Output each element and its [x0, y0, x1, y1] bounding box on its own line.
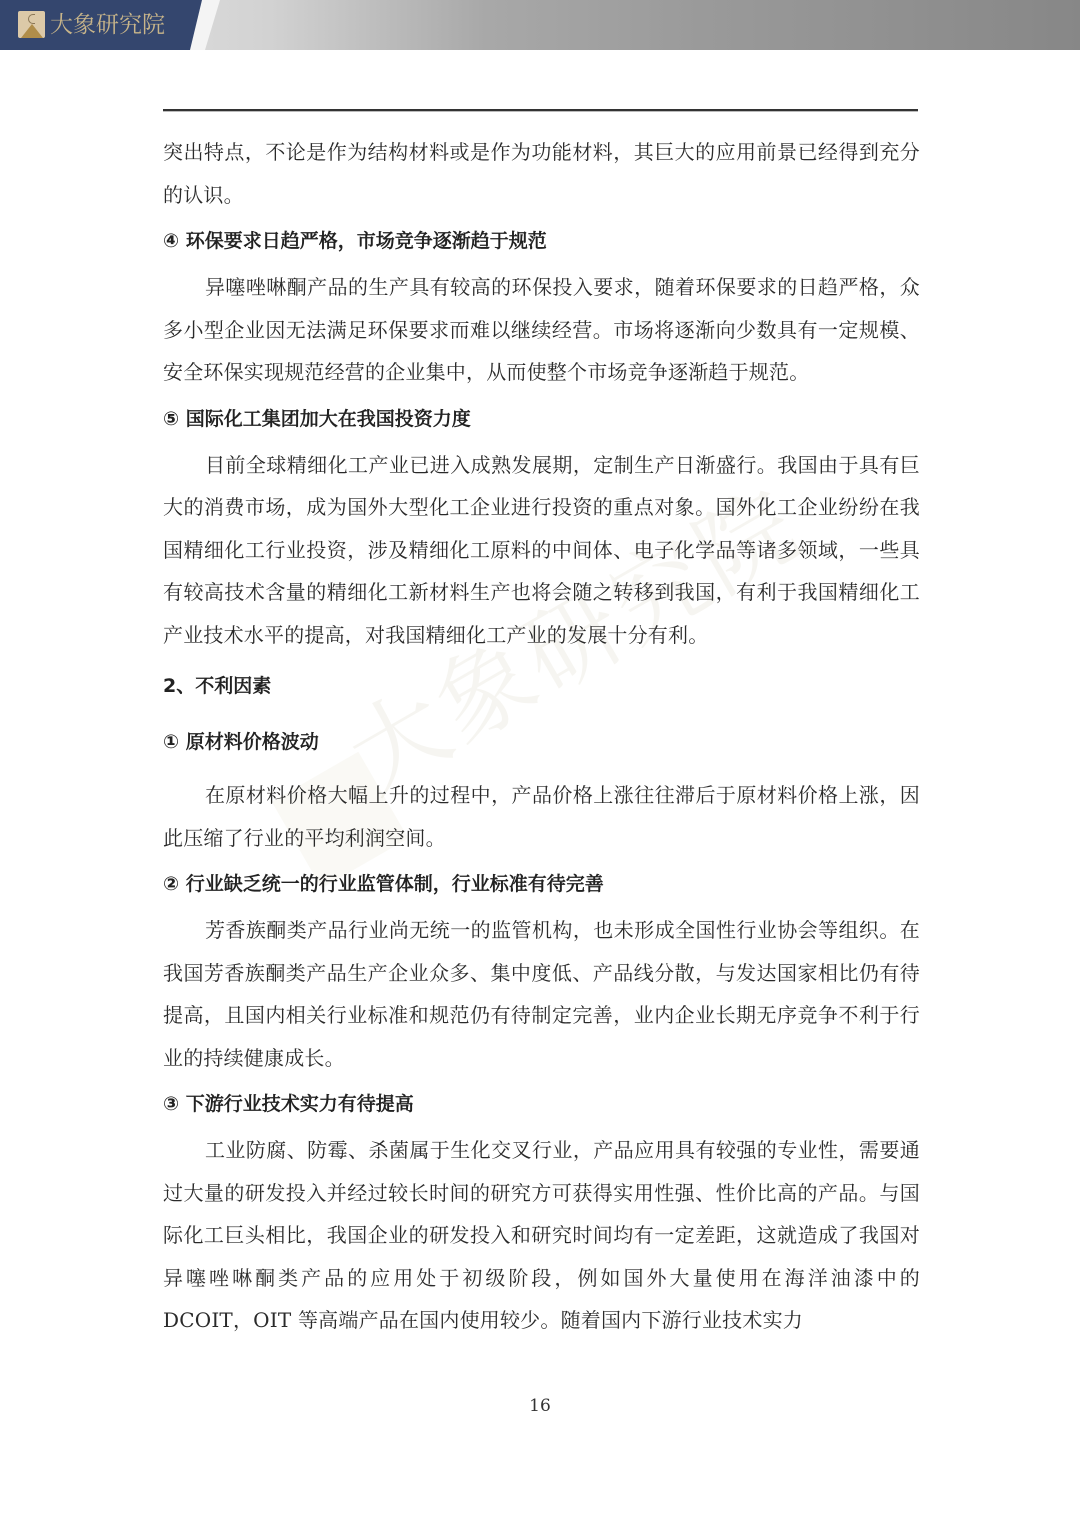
subheading-3: ③ 下游行业技术实力有待提高 [163, 1092, 920, 1116]
paragraph-regulation: 芳香族酮类产品行业尚无统一的监管机构，也未形成全国性行业协会等组织。在我国芳香族… [163, 909, 920, 1079]
subheading-1: ① 原材料价格波动 [163, 730, 920, 754]
paragraph-downstream: 工业防腐、防霉、杀菌属于生化交叉行业，产品应用具有较强的专业性，需要通过大量的研… [163, 1129, 920, 1342]
paragraph-raw-materials: 在原材料价格大幅上升的过程中，产品价格上涨往往滞后于原材料价格上涨，因此压缩了行… [163, 774, 920, 859]
subheading-4: ④ 环保要求日趋严格，市场竞争逐渐趋于规范 [163, 229, 920, 253]
page-number: 16 [0, 1396, 1080, 1416]
subheading-2: ② 行业缺乏统一的行业监管体制，行业标准有待完善 [163, 872, 920, 896]
brand-name: 大象研究院 [50, 10, 165, 40]
subheading-5: ⑤ 国际化工集团加大在我国投资力度 [163, 407, 920, 431]
logo-mountain-shape [21, 24, 43, 38]
header-rule [163, 109, 918, 112]
section-heading-unfavorable: 2、不利因素 [163, 674, 920, 698]
paragraph-continued: 突出特点，不论是作为结构材料或是作为功能材料，其巨大的应用前景已经得到充分的认识… [163, 131, 920, 216]
elephant-logo-icon [18, 11, 45, 38]
paragraph-investment: 目前全球精细化工产业已进入成熟发展期，定制生产日渐盛行。我国由于具有巨大的消费市… [163, 444, 920, 657]
document-body: 突出特点，不论是作为结构材料或是作为功能材料，其巨大的应用前景已经得到充分的认识… [163, 131, 920, 1342]
paragraph-environmental: 异噻唑啉酮产品的生产具有较高的环保投入要求，随着环保要求的日趋严格，众多小型企业… [163, 266, 920, 394]
logo-trunk-shape [28, 14, 35, 24]
